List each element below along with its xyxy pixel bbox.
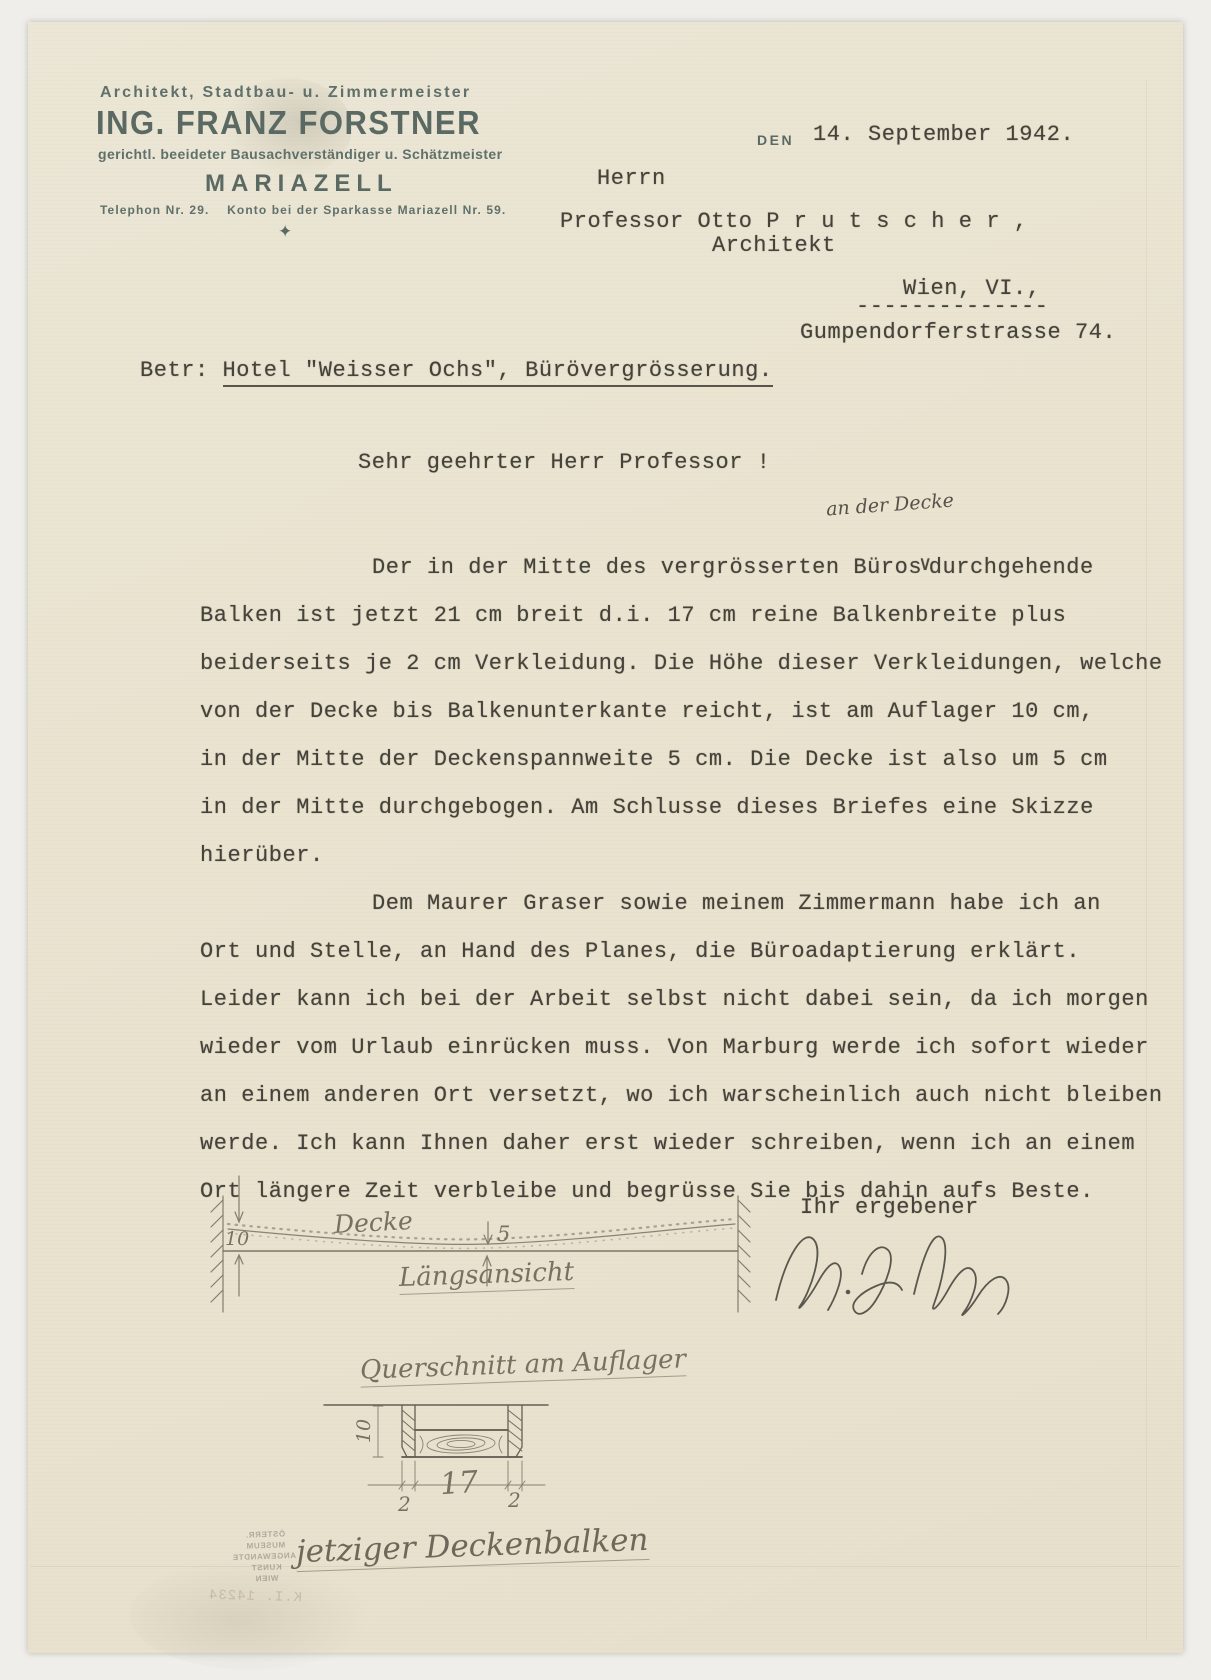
body-line: Dem Maurer Graser sowie meinem Zimmerman… bbox=[200, 880, 1163, 928]
subject-line: Betr: Hotel "Weisser Ochs", Bürövergröss… bbox=[140, 358, 773, 383]
letterhead-contact: Telephon Nr. 29. Konto bei der Sparkasse… bbox=[100, 203, 506, 217]
body-line: in der Mitte durchgebogen. Am Schlusse d… bbox=[200, 784, 1163, 832]
sketch-dim-17: 17 bbox=[439, 1465, 480, 1503]
recipient-salutation: Herrn bbox=[597, 166, 666, 191]
signature bbox=[776, 1236, 1008, 1315]
subject-text: Hotel "Weisser Ochs", Bürövergrösserung. bbox=[223, 358, 773, 387]
body-line: in der Mitte der Deckenspannweite 5 cm. … bbox=[200, 736, 1163, 784]
body-line: Ort und Stelle, an Hand des Planes, die … bbox=[200, 928, 1163, 976]
sketch-label-long-view: Längsansicht bbox=[398, 1257, 574, 1295]
body-line: hierüber. bbox=[200, 832, 1163, 880]
recipient-title: Architekt bbox=[712, 233, 836, 258]
letterhead-qualification: gerichtl. beeideter Bausachverständiger … bbox=[98, 146, 502, 162]
body-line: Der in der Mitte des vergrösserten Büros… bbox=[200, 544, 1163, 592]
letter-salutation: Sehr geehrter Herr Professor ! bbox=[358, 450, 771, 475]
insertion-caret: ∨ bbox=[919, 542, 932, 590]
recipient-street: Gumpendorferstrasse 74. bbox=[800, 320, 1116, 345]
diamond-ornament-icon: ✦ bbox=[278, 222, 292, 242]
scanned-letter: Architekt, Stadtbau- u. Zimmermeister IN… bbox=[0, 0, 1211, 1680]
date: 14. September 1942. bbox=[813, 122, 1074, 147]
sketch-dim-2-left: 2 bbox=[398, 1492, 411, 1516]
body-line: wieder vom Urlaub einrücken muss. Von Ma… bbox=[200, 1024, 1163, 1072]
body-line: Leider kann ich bei der Arbeit selbst ni… bbox=[200, 976, 1163, 1024]
subject-label: Betr: bbox=[140, 358, 223, 383]
sketch-dim-5: 5 bbox=[497, 1222, 510, 1246]
letterhead-profession: Architekt, Stadtbau- u. Zimmermeister bbox=[100, 84, 471, 102]
recipient-name: Professor Otto P r u t s c h e r , bbox=[560, 209, 1028, 234]
letterhead-name: ING. FRANZ FORSTNER bbox=[96, 104, 481, 143]
letterhead-city: MARIAZELL bbox=[205, 170, 398, 198]
sketch-dim-10-long: 10 bbox=[225, 1228, 249, 1250]
museum-stamp: ÖSTERR. MUSEUM ANGEWANDTE KUNST WIEN bbox=[235, 1528, 297, 1585]
body-line: von der Decke bis Balkenunterkante reich… bbox=[200, 688, 1163, 736]
letter-body: Der in der Mitte des vergrösserten Büros… bbox=[200, 544, 1163, 1216]
recipient-city-underline: -------------- bbox=[856, 294, 1049, 319]
sketch-label-decke: Decke bbox=[333, 1206, 413, 1239]
body-line: an einem anderen Ort versetzt, wo ich wa… bbox=[200, 1072, 1163, 1120]
sketch-dim-10-cross: 10 bbox=[353, 1419, 375, 1443]
body-line: beiderseits je 2 cm Verkleidung. Die Höh… bbox=[200, 640, 1163, 688]
date-prefix: DEN bbox=[757, 132, 794, 148]
sketch-dim-2-right: 2 bbox=[508, 1488, 521, 1512]
body-line: Balken ist jetzt 21 cm breit d.i. 17 cm … bbox=[200, 592, 1163, 640]
